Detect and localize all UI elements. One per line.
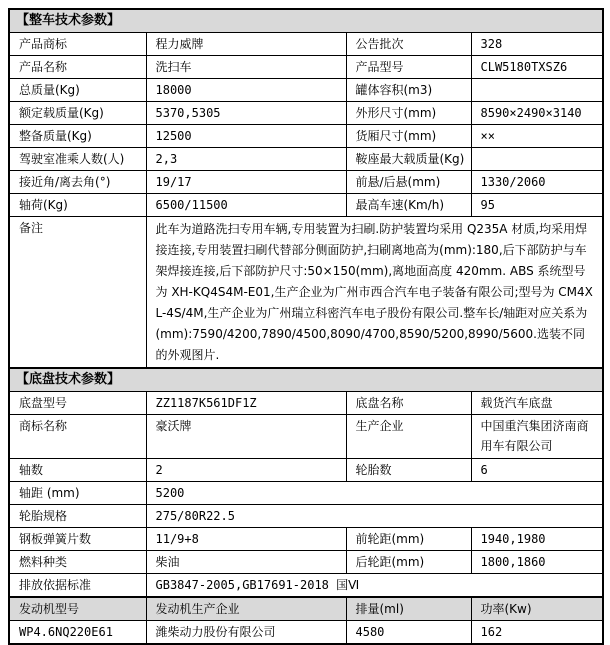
- tire-spec-value: 275/80R22.5: [146, 505, 603, 528]
- section-header-chassis: 【底盘技术参数】: [9, 368, 603, 392]
- chassis-model-label: 底盘型号: [9, 392, 146, 415]
- max-speed-value: 95: [471, 194, 603, 217]
- product-name-value: 洗扫车: [146, 56, 346, 79]
- approach-departure-angle-label: 接近角/离去角(°): [9, 171, 146, 194]
- engine-header-row: 发动机型号 发动机生产企业 排量(ml) 功率(Kw): [9, 597, 603, 621]
- engine-manufacturer-value: 潍柴动力股份有限公司: [146, 621, 346, 645]
- saddle-load-label: 鞍座最大载质量(Kg): [346, 148, 471, 171]
- table-row: 产品名称 洗扫车 产品型号 CLW5180TXSZ6: [9, 56, 603, 79]
- emission-standard-value: GB3847-2005,GB17691-2018 国Ⅵ: [146, 574, 603, 598]
- wheelbase-label: 轴距 (mm): [9, 482, 146, 505]
- table-row: 总质量(Kg) 18000 罐体容积(m3): [9, 79, 603, 102]
- table-row: 轴距 (mm) 5200: [9, 482, 603, 505]
- cab-seating-value: 2,3: [146, 148, 346, 171]
- announcement-batch-value: 328: [471, 33, 603, 56]
- front-rear-overhang-label: 前悬/后悬(mm): [346, 171, 471, 194]
- remark-row: 备注 此车为道路洗扫专用车辆,专用装置为扫刷.防护装置均采用 Q235A 材质,…: [9, 217, 603, 369]
- section-title-chassis: 【底盘技术参数】: [9, 368, 603, 392]
- table-row: 产品商标 程力威牌 公告批次 328: [9, 33, 603, 56]
- table-row: 底盘型号 ZZ1187K561DF1Z 底盘名称 载货汽车底盘: [9, 392, 603, 415]
- section-header-vehicle: 【整车技术参数】: [9, 9, 603, 33]
- rated-load-label: 额定载质量(Kg): [9, 102, 146, 125]
- wheelbase-value: 5200: [146, 482, 603, 505]
- axle-load-value: 6500/11500: [146, 194, 346, 217]
- chassis-manufacturer-value: 中国重汽集团济南商用车有限公司: [471, 415, 603, 459]
- front-track-value: 1940,1980: [471, 528, 603, 551]
- chassis-name-value: 载货汽车底盘: [471, 392, 603, 415]
- table-row: 轴数 2 轮胎数 6: [9, 459, 603, 482]
- table-row: 商标名称 豪沃牌 生产企业 中国重汽集团济南商用车有限公司: [9, 415, 603, 459]
- tank-volume-label: 罐体容积(m3): [346, 79, 471, 102]
- announcement-batch-label: 公告批次: [346, 33, 471, 56]
- curb-weight-label: 整备质量(Kg): [9, 125, 146, 148]
- chassis-manufacturer-label: 生产企业: [346, 415, 471, 459]
- leaf-spring-label: 钢板弹簧片数: [9, 528, 146, 551]
- spec-page: 【整车技术参数】 产品商标 程力威牌 公告批次 328 产品名称 洗扫车 产品型…: [0, 0, 610, 611]
- front-track-label: 前轮距(mm): [346, 528, 471, 551]
- engine-displacement-header: 排量(ml): [346, 597, 471, 621]
- tire-count-label: 轮胎数: [346, 459, 471, 482]
- tank-volume-value: [471, 79, 603, 102]
- engine-model-value: WP4.6NQ220E61: [9, 621, 146, 645]
- vehicle-spec-table: 【整车技术参数】 产品商标 程力威牌 公告批次 328 产品名称 洗扫车 产品型…: [8, 8, 604, 645]
- table-row: 额定载质量(Kg) 5370,5305 外形尺寸(mm) 8590×2490×3…: [9, 102, 603, 125]
- cab-seating-label: 驾驶室准乘人数(人): [9, 148, 146, 171]
- chassis-brand-label: 商标名称: [9, 415, 146, 459]
- engine-value-row: WP4.6NQ220E61 潍柴动力股份有限公司 4580 162: [9, 621, 603, 645]
- rated-load-value: 5370,5305: [146, 102, 346, 125]
- engine-manufacturer-header: 发动机生产企业: [146, 597, 346, 621]
- remark-label: 备注: [9, 217, 146, 369]
- curb-weight-value: 12500: [146, 125, 346, 148]
- table-row: 排放依据标准 GB3847-2005,GB17691-2018 国Ⅵ: [9, 574, 603, 598]
- saddle-load-value: [471, 148, 603, 171]
- table-row: 轴荷(Kg) 6500/11500 最高车速(Km/h) 95: [9, 194, 603, 217]
- product-brand-value: 程力威牌: [146, 33, 346, 56]
- axle-count-label: 轴数: [9, 459, 146, 482]
- gross-mass-label: 总质量(Kg): [9, 79, 146, 102]
- rear-track-label: 后轮距(mm): [346, 551, 471, 574]
- chassis-name-label: 底盘名称: [346, 392, 471, 415]
- fuel-type-value: 柴油: [146, 551, 346, 574]
- cargo-box-size-value: ××: [471, 125, 603, 148]
- max-speed-label: 最高车速(Km/h): [346, 194, 471, 217]
- engine-power-header: 功率(Kw): [471, 597, 603, 621]
- gross-mass-value: 18000: [146, 79, 346, 102]
- tire-count-value: 6: [471, 459, 603, 482]
- leaf-spring-value: 11/9+8: [146, 528, 346, 551]
- table-row: 钢板弹簧片数 11/9+8 前轮距(mm) 1940,1980: [9, 528, 603, 551]
- section-title-vehicle: 【整车技术参数】: [9, 9, 603, 33]
- engine-model-header: 发动机型号: [9, 597, 146, 621]
- outer-dimensions-value: 8590×2490×3140: [471, 102, 603, 125]
- product-model-value: CLW5180TXSZ6: [471, 56, 603, 79]
- tire-spec-label: 轮胎规格: [9, 505, 146, 528]
- rear-track-value: 1800,1860: [471, 551, 603, 574]
- table-row: 接近角/离去角(°) 19/17 前悬/后悬(mm) 1330/2060: [9, 171, 603, 194]
- outer-dimensions-label: 外形尺寸(mm): [346, 102, 471, 125]
- fuel-type-label: 燃料种类: [9, 551, 146, 574]
- remark-text: 此车为道路洗扫专用车辆,专用装置为扫刷.防护装置均采用 Q235A 材质,均采用…: [146, 217, 603, 369]
- engine-power-value: 162: [471, 621, 603, 645]
- product-model-label: 产品型号: [346, 56, 471, 79]
- axle-count-value: 2: [146, 459, 346, 482]
- cargo-box-size-label: 货厢尺寸(mm): [346, 125, 471, 148]
- table-row: 整备质量(Kg) 12500 货厢尺寸(mm) ××: [9, 125, 603, 148]
- engine-displacement-value: 4580: [346, 621, 471, 645]
- front-rear-overhang-value: 1330/2060: [471, 171, 603, 194]
- table-row: 燃料种类 柴油 后轮距(mm) 1800,1860: [9, 551, 603, 574]
- table-row: 轮胎规格 275/80R22.5: [9, 505, 603, 528]
- product-name-label: 产品名称: [9, 56, 146, 79]
- chassis-brand-value: 豪沃牌: [146, 415, 346, 459]
- table-row: 驾驶室准乘人数(人) 2,3 鞍座最大载质量(Kg): [9, 148, 603, 171]
- axle-load-label: 轴荷(Kg): [9, 194, 146, 217]
- chassis-model-value: ZZ1187K561DF1Z: [146, 392, 346, 415]
- approach-departure-angle-value: 19/17: [146, 171, 346, 194]
- product-brand-label: 产品商标: [9, 33, 146, 56]
- emission-standard-label: 排放依据标准: [9, 574, 146, 598]
